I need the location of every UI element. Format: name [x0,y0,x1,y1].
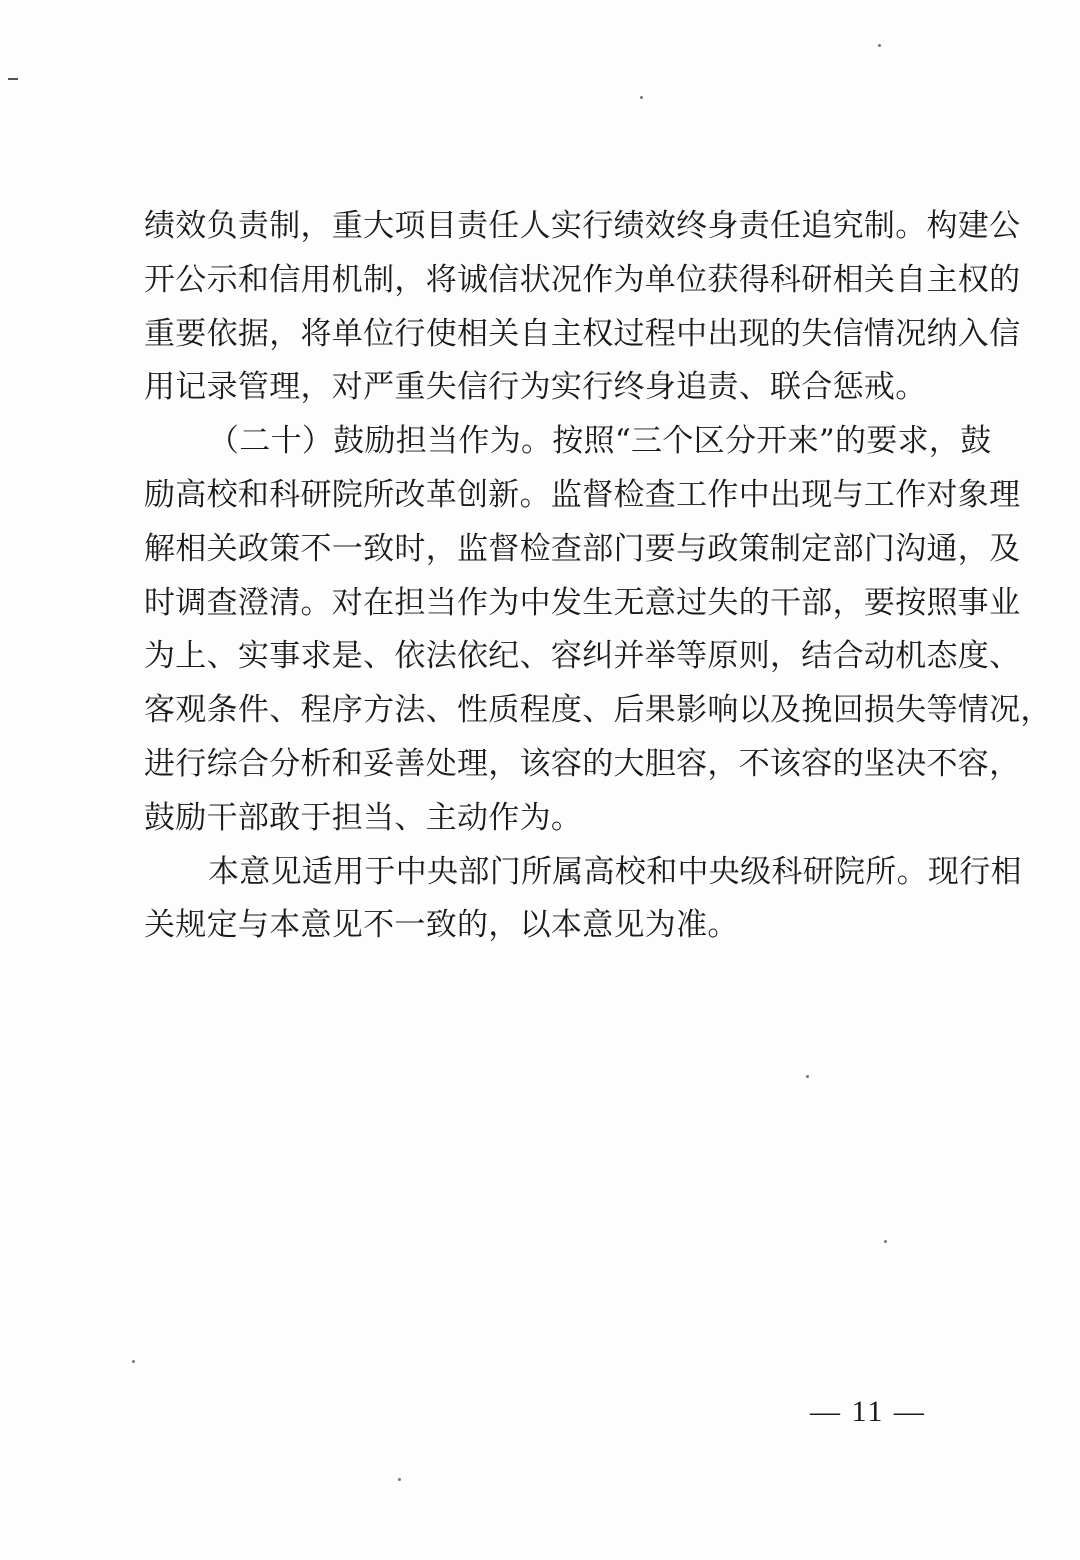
text-line: 用记录管理，对严重失信行为实行终身追责、联合惩戒。 [144,367,948,421]
text-line: 为上、实事求是、依法依纪、容纠并举等原则，结合动机态度、 [144,636,948,690]
text-line: 鼓励干部敢于担当、主动作为。 [144,798,948,852]
scan-speck [806,1075,809,1078]
text-line: 重要依据，将单位行使相关自主权过程中出现的失信情况纳入信 [144,314,948,368]
text-line: 开公示和信用机制，将诚信状况作为单位获得科研相关自主权的 [144,260,948,314]
scan-mark [8,78,18,80]
text-line: 励高校和科研院所改革创新。监督检查工作中出现与工作对象理 [144,475,948,529]
paragraph-2: （二十）鼓励担当作为。按照“三个区分开来”的要求，鼓 励高校和科研院所改革创新。… [144,421,948,851]
paragraph-1: 绩效负责制，重大项目责任人实行绩效终身责任追究制。构建公 开公示和信用机制，将诚… [144,206,948,421]
page-number: — 11 — [810,1395,926,1429]
text-line: 时调查澄清。对在担当作为中发生无意过失的干部，要按照事业 [144,583,948,637]
section-heading-line: （二十）鼓励担当作为。按照“三个区分开来”的要求，鼓 [144,421,948,475]
scan-speck [640,96,643,99]
scan-speck [884,1240,887,1243]
text-line: 本意见适用于中央部门所属高校和中央级科研院所。现行相 [144,852,948,906]
scan-speck [878,44,881,47]
body-text: 绩效负责制，重大项目责任人实行绩效终身责任追究制。构建公 开公示和信用机制，将诚… [144,206,948,959]
text-line: 进行综合分析和妥善处理，该容的大胆容，不该容的坚决不容， [144,744,948,798]
scan-speck [132,1360,135,1363]
text-line: 客观条件、程序方法、性质程度、后果影响以及挽回损失等情况， [144,690,948,744]
document-page: 绩效负责制，重大项目责任人实行绩效终身责任追究制。构建公 开公示和信用机制，将诚… [0,0,1080,1560]
text-line: 解相关政策不一致时，监督检查部门要与政策制定部门沟通，及 [144,529,948,583]
scan-speck [398,1478,401,1481]
text-line: 绩效负责制，重大项目责任人实行绩效终身责任追究制。构建公 [144,206,948,260]
text-line: 关规定与本意见不一致的，以本意见为准。 [144,905,948,959]
paragraph-3: 本意见适用于中央部门所属高校和中央级科研院所。现行相 关规定与本意见不一致的，以… [144,852,948,960]
